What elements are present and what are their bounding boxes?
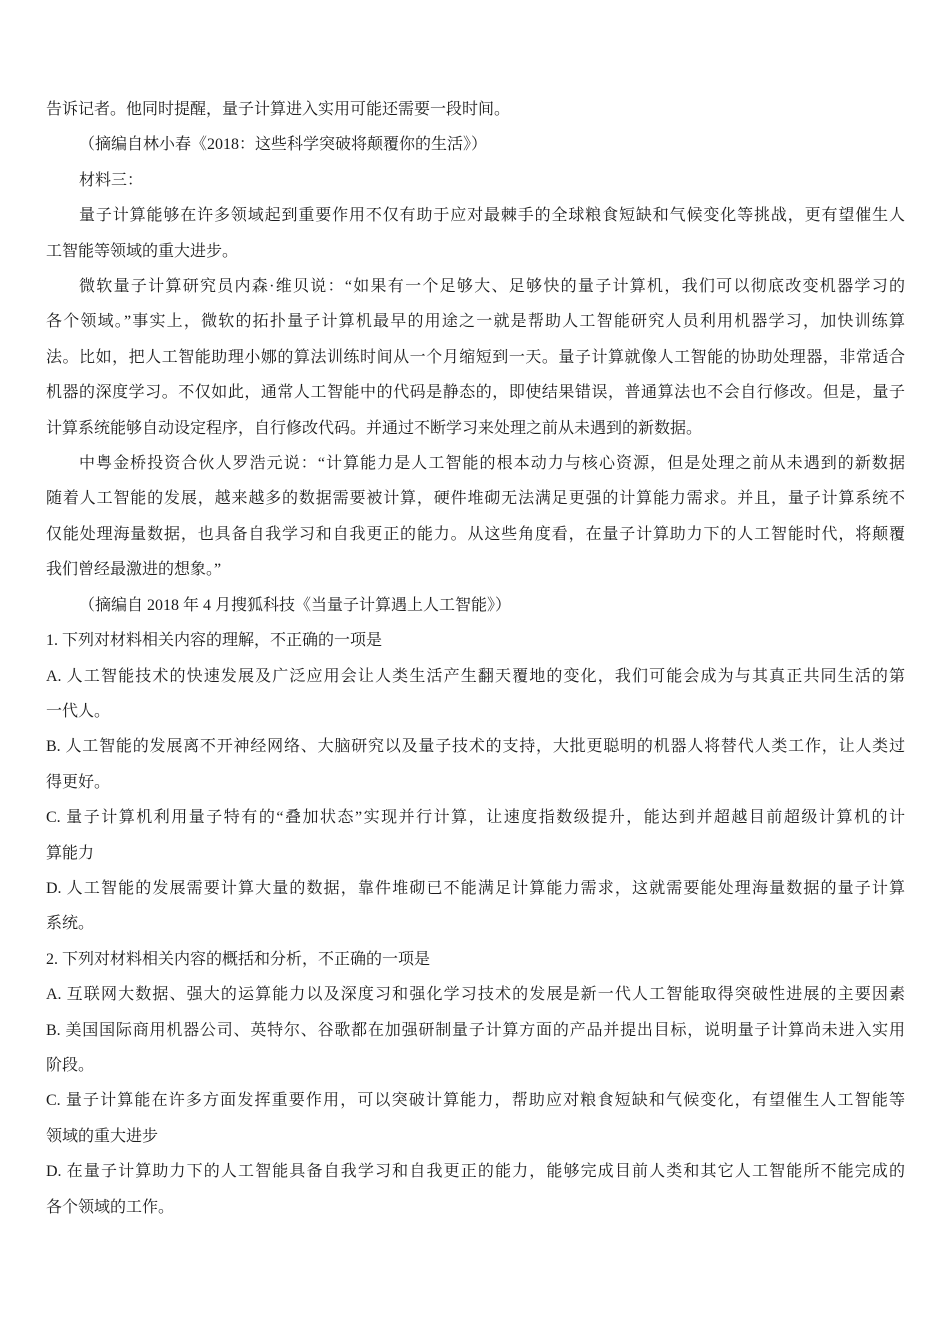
text-line: 计算系统能够自动设定程序，自行修改代码。并通过不断学习来处理之前从未遇到的新数据… <box>46 411 905 446</box>
text-line: C. 量子计算能在许多方面发挥重要作用，可以突破计算能力，帮助应对粮食短缺和气候… <box>46 1083 905 1118</box>
text-line: D. 人工智能的发展需要计算大量的数据，靠件堆砌已不能满足计算能力需求，这就需要… <box>46 871 905 906</box>
text-line: 算能力 <box>46 836 905 871</box>
text-line: A. 人工智能技术的快速发展及广泛应用会让人类生活产生翻天覆地的变化，我们可能会… <box>46 659 905 694</box>
text-line: 领域的重大进步 <box>46 1119 905 1154</box>
text-line: 工智能等领域的重大进步。 <box>46 234 905 269</box>
text-line: C. 量子计算机利用量子特有的“叠加状态”实现并行计算，让速度指数级提升，能达到… <box>46 800 905 835</box>
text-line: B. 人工智能的发展离不开神经网络、大脑研究以及量子技术的支持，大批更聪明的机器… <box>46 729 905 764</box>
text-line: （摘编自林小春《2018：这些科学突破将颠覆你的生活》） <box>46 127 905 162</box>
text-line: D. 在量子计算助力下的人工智能具备自我学习和自我更正的能力，能够完成目前人类和… <box>46 1154 905 1189</box>
text-line: 我们曾经最激进的想象。” <box>46 552 905 587</box>
text-line: （摘编自 2018 年 4 月搜狐科技《当量子计算遇上人工智能》） <box>46 588 905 623</box>
text-line: 2. 下列对材料相关内容的概括和分析，不正确的一项是 <box>46 942 905 977</box>
text-line: 微软量子计算研究员内森·维贝说：“如果有一个足够大、足够快的量子计算机，我们可以… <box>46 269 905 304</box>
text-line: A. 互联网大数据、强大的运算能力以及深度习和强化学习技术的发展是新一代人工智能… <box>46 977 905 1012</box>
text-line: 仅能处理海量数据，也具备自我学习和自我更正的能力。从这些角度看，在量子计算助力下… <box>46 517 905 552</box>
text-line: 一代人。 <box>46 694 905 729</box>
text-block: 告诉记者。他同时提醒，量子计算进入实用可能还需要一段时间。（摘编自林小春《201… <box>46 92 905 1225</box>
text-line: 量子计算能够在许多领域起到重要作用不仅有助于应对最棘手的全球粮食短缺和气候变化等… <box>46 198 905 233</box>
text-line: 告诉记者。他同时提醒，量子计算进入实用可能还需要一段时间。 <box>46 92 905 127</box>
text-line: 随着人工智能的发展，越来越多的数据需要被计算，硬件堆砌无法满足更强的计算能力需求… <box>46 481 905 516</box>
text-line: 各个领域。”事实上，微软的拓扑量子计算机最早的用途之一就是帮助人工智能研究人员利… <box>46 304 905 339</box>
document-page: 告诉记者。他同时提醒，量子计算进入实用可能还需要一段时间。（摘编自林小春《201… <box>0 0 950 1344</box>
text-line: 阶段。 <box>46 1048 905 1083</box>
text-line: 1. 下列对材料相关内容的理解，不正确的一项是 <box>46 623 905 658</box>
text-line: 系统。 <box>46 906 905 941</box>
text-line: B. 美国国际商用机器公司、英特尔、谷歌都在加强研制量子计算方面的产品并提出目标… <box>46 1013 905 1048</box>
text-line: 中粤金桥投资合伙人罗浩元说：“计算能力是人工智能的根本动力与核心资源，但是处理之… <box>46 446 905 481</box>
text-line: 机器的深度学习。不仅如此，通常人工智能中的代码是静态的，即使结果错误，普通算法也… <box>46 375 905 410</box>
text-line: 各个领域的工作。 <box>46 1190 905 1225</box>
text-line: 法。比如，把人工智能助理小娜的算法训练时间从一个月缩短到一天。量子计算就像人工智… <box>46 340 905 375</box>
text-line: 得更好。 <box>46 765 905 800</box>
text-line: 材料三： <box>46 163 905 198</box>
